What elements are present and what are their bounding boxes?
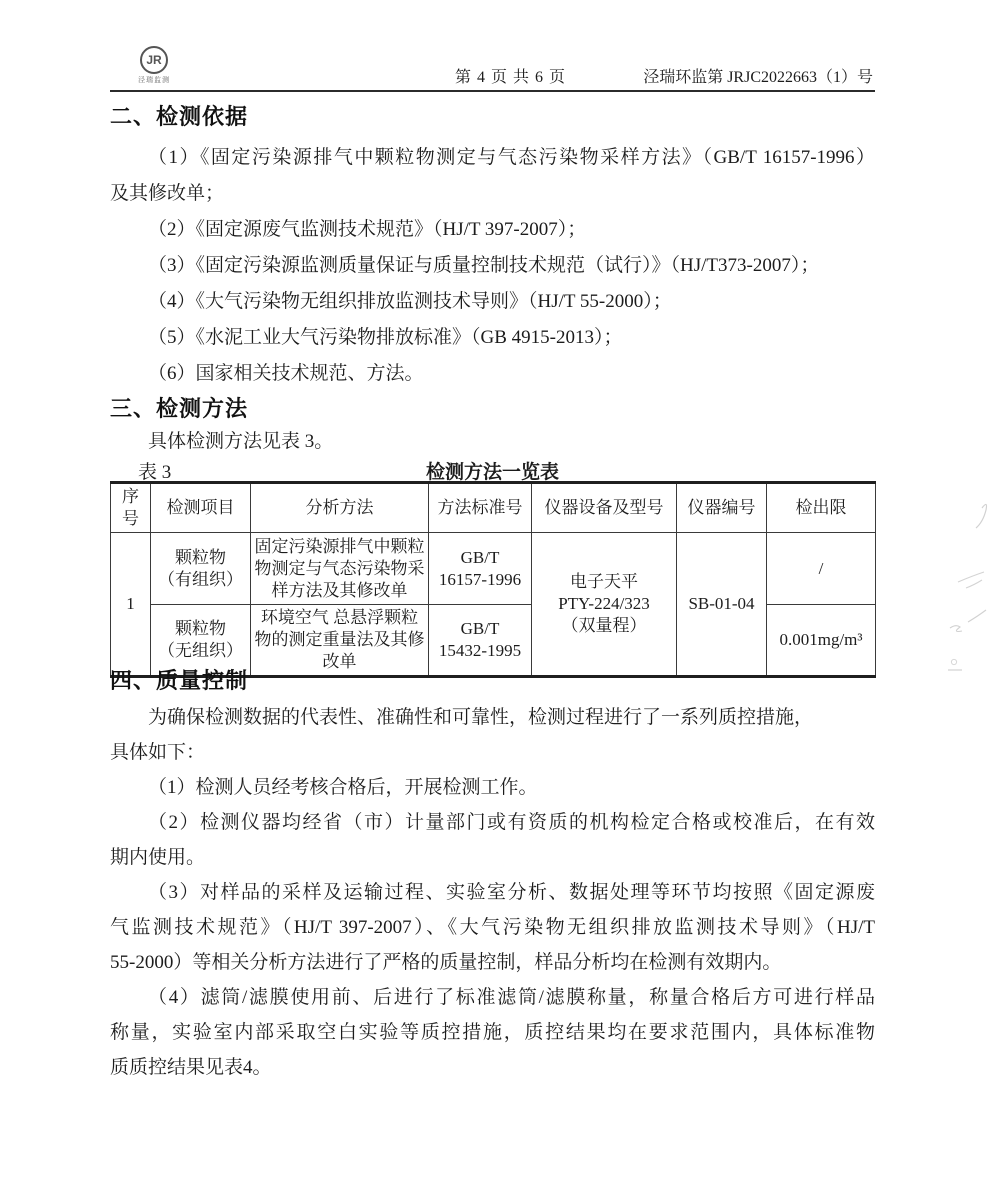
cell-item-line: 颗粒物	[154, 618, 247, 640]
qc-item-4-line-3: 质质控结果见表4。	[110, 1050, 875, 1085]
cell-item-organized: 颗粒物 （有组织）	[151, 533, 251, 605]
section4-title: 四、质量控制	[110, 664, 875, 695]
page-header: JR 泾瑞监测 第 4 页 共 6 页 泾瑞环监第 JRJC2022663（1）…	[110, 46, 875, 92]
basis-item-2: （2）《固定源废气监测技术规范》（HJ/T 397-2007）；	[110, 212, 875, 248]
section4-body: 为确保检测数据的代表性、准确性和可靠性，检测过程进行了一系列质控措施， 具体如下…	[110, 700, 875, 1085]
cell-method-line: 物的测定重量法及其修	[254, 629, 425, 651]
basis-item-1-line-1: （1）《固定污染源排气中颗粒物测定与气态污染物采样方法》（GB/T 16157-…	[110, 140, 875, 176]
table3-caption: 表 3 检测方法一览表	[110, 457, 875, 483]
qc-item-3-line-1: （3）对样品的采样及运输过程、实验室分析、数据处理等环节均按照《固定源废	[110, 875, 875, 910]
basis-item-5: （5）《水泥工业大气污染物排放标准》（GB 4915-2013）；	[110, 320, 875, 356]
cell-method-line: 环境空气 总悬浮颗粒	[254, 607, 425, 629]
section2-title: 二、检测依据	[110, 100, 875, 131]
qc-intro-line-2: 具体如下：	[110, 735, 875, 770]
cell-item-line: 颗粒物	[154, 547, 247, 569]
document-number: 泾瑞环监第 JRJC2022663（1）号	[643, 64, 873, 87]
qc-item-2-line-2: 期内使用。	[110, 840, 875, 875]
logo-monogram-icon: JR	[140, 46, 168, 74]
cell-limit-1: /	[767, 533, 876, 605]
qc-item-4-line-1: （4）滤筒/滤膜使用前、后进行了标准滤筒/滤膜称量，称量合格后方可进行样品	[110, 980, 875, 1015]
cell-instrument-line: （双量程）	[535, 615, 673, 637]
col-header-instrument: 仪器设备及型号	[532, 483, 677, 533]
cell-instrument-line: PTY-224/323	[535, 593, 673, 615]
cell-method-organized: 固定污染源排气中颗粒 物测定与气态污染物采 样方法及其修改单	[251, 533, 429, 605]
qc-item-2-line-1: （2）检测仪器均经省（市）计量部门或有资质的机构检定合格或校准后，在有效	[110, 805, 875, 840]
company-logo: JR 泾瑞监测	[124, 46, 184, 85]
qc-item-4-line-2: 称量，实验室内部采取空白实验等质控措施，质控结果均在要求范围内，具体标准物	[110, 1015, 875, 1050]
section2-body: （1）《固定污染源排气中颗粒物测定与气态污染物采样方法》（GB/T 16157-…	[110, 140, 875, 392]
qc-item-3-line-2: 气监测技术规范》（HJ/T 397-2007）、《大气污染物无组织排放监测技术导…	[110, 910, 875, 945]
col-header-method: 分析方法	[251, 483, 429, 533]
methods-table: 序号 检测项目 分析方法 方法标准号 仪器设备及型号 仪器编号 检出限 1 颗粒…	[110, 481, 876, 678]
col-header-detection-limit: 检出限	[767, 483, 876, 533]
basis-item-4: （4）《大气污染物无组织排放监测技术导则》（HJ/T 55-2000）；	[110, 284, 875, 320]
cell-item-line: （有组织）	[154, 569, 247, 591]
cell-standard-line: GB/T	[432, 618, 528, 640]
cell-instrument-id: SB-01-04	[677, 533, 767, 677]
cell-method-line: 物测定与气态污染物采	[254, 558, 425, 580]
cell-instrument-line: 电子天平	[535, 571, 673, 593]
cell-standard-line: 15432-1995	[432, 640, 528, 662]
table-header-row: 序号 检测项目 分析方法 方法标准号 仪器设备及型号 仪器编号 检出限	[111, 483, 876, 533]
logo-subtext: 泾瑞监测	[124, 75, 184, 85]
cell-seq: 1	[111, 533, 151, 677]
basis-item-6: （6）国家相关技术规范、方法。	[110, 356, 875, 392]
margin-scan-marks	[938, 490, 996, 680]
cell-standard-line: 16157-1996	[432, 569, 528, 591]
table-row: 1 颗粒物 （有组织） 固定污染源排气中颗粒 物测定与气态污染物采 样方法及其修…	[111, 533, 876, 605]
section3-intro-wrap: 具体检测方法见表 3。	[110, 424, 875, 460]
col-header-instrument-id: 仪器编号	[677, 483, 767, 533]
qc-item-1: （1）检测人员经考核合格后，开展检测工作。	[110, 770, 875, 805]
basis-item-1-line-2: 及其修改单；	[110, 176, 875, 212]
basis-item-3: （3）《固定污染源监测质量保证与质量控制技术规范（试行）》（HJ/T373-20…	[110, 248, 875, 284]
cell-method-line: 固定污染源排气中颗粒	[254, 536, 425, 558]
report-page: JR 泾瑞监测 第 4 页 共 6 页 泾瑞环监第 JRJC2022663（1）…	[0, 0, 1000, 1200]
col-header-standard: 方法标准号	[429, 483, 532, 533]
cell-method-line: 样方法及其修改单	[254, 580, 425, 602]
page-number: 第 4 页 共 6 页	[455, 64, 566, 87]
table3-caption-title: 检测方法一览表	[110, 457, 875, 484]
col-header-item: 检测项目	[151, 483, 251, 533]
col-header-seq: 序号	[111, 483, 151, 533]
section3-title: 三、检测方法	[110, 392, 875, 423]
cell-standard-1: GB/T 16157-1996	[429, 533, 532, 605]
qc-intro-line-1: 为确保检测数据的代表性、准确性和可靠性，检测过程进行了一系列质控措施，	[110, 700, 875, 735]
cell-standard-line: GB/T	[432, 547, 528, 569]
cell-item-line: （无组织）	[154, 640, 247, 662]
cell-instrument: 电子天平 PTY-224/323 （双量程）	[532, 533, 677, 677]
section3-intro: 具体检测方法见表 3。	[110, 424, 875, 460]
qc-item-3-line-3: 55-2000）等相关分析方法进行了严格的质量控制，样品分析均在检测有效期内。	[110, 945, 875, 980]
